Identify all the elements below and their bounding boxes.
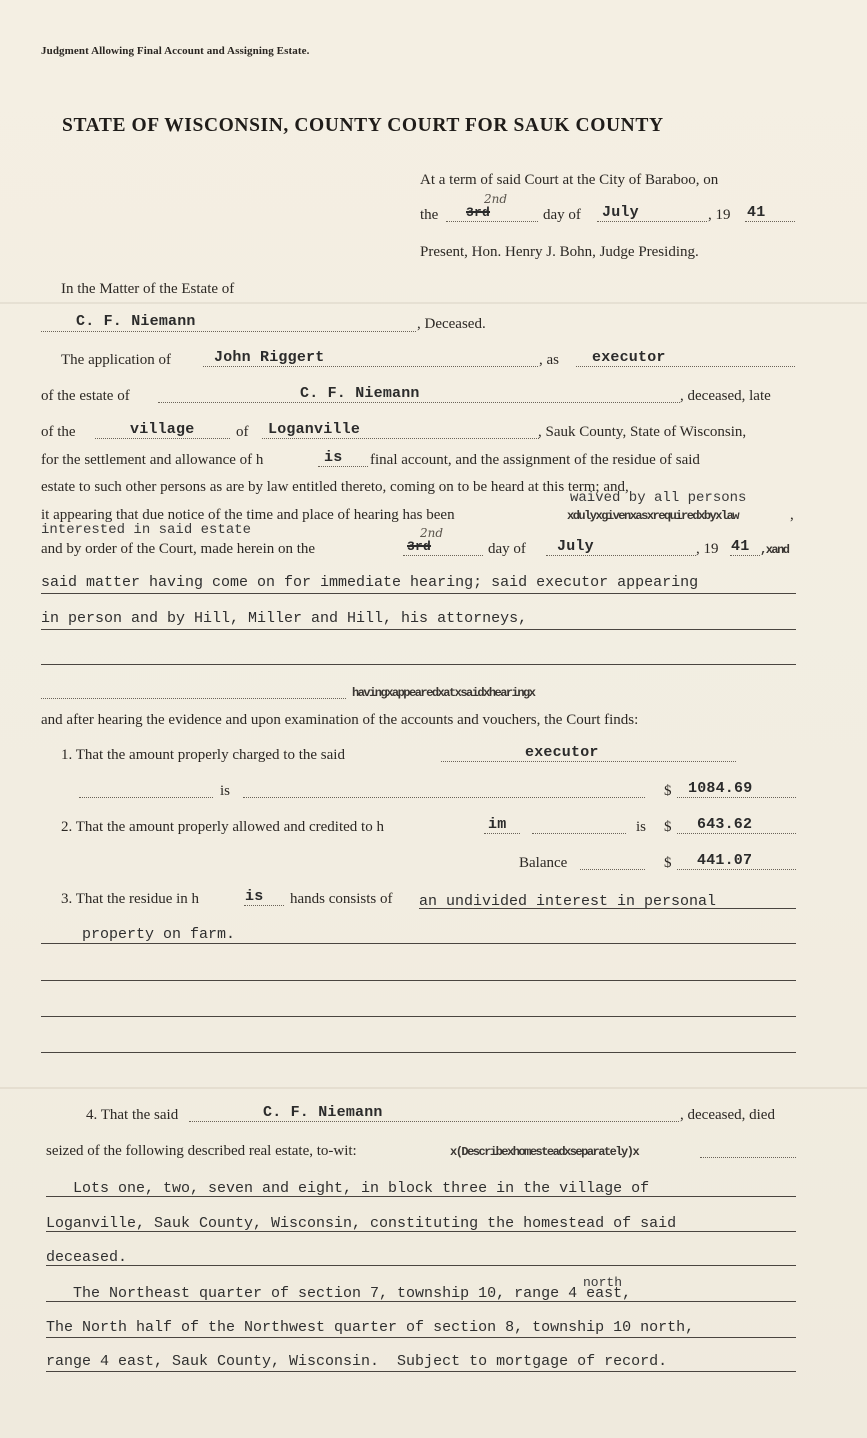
paper-fold — [0, 1087, 867, 1089]
estate-of-label: of the estate of — [41, 388, 130, 405]
real-estate-line-5: The North half of the Northwest quarter … — [46, 1319, 694, 1336]
county-state: , Sauk County, State of Wisconsin, — [538, 424, 746, 441]
application-label: The application of — [61, 352, 171, 369]
finding-3-text-1: an undivided interest in personal — [419, 893, 716, 910]
hearing-line-1: said matter having come on for immediate… — [41, 574, 698, 591]
finding-1-dollar: $ — [664, 783, 672, 800]
of-label: of — [236, 424, 249, 441]
finding-1-amount: 1084.69 — [688, 780, 752, 797]
hearing-line-1-rule — [41, 593, 796, 594]
order-month: July — [557, 538, 594, 555]
finding-2-is: is — [636, 819, 646, 836]
finding-1-left-field-line — [79, 797, 213, 798]
finding-1-amount-field-line — [677, 797, 796, 798]
hearing-line-2: in person and by Hill, Miller and Hill, … — [41, 610, 527, 627]
estate-name-field-line — [158, 402, 680, 403]
order-struck-tail: ,xand — [760, 543, 789, 557]
finding-3-rule-5 — [41, 1052, 796, 1053]
deceased-late-label: , deceased, late — [680, 388, 771, 405]
notice-waived-insert: waived by all persons — [570, 490, 746, 506]
real-estate-rule-5 — [46, 1337, 796, 1338]
municipality-type: village — [130, 421, 194, 438]
finding-2-amount-field-line — [677, 833, 796, 834]
term-month-field-line — [597, 221, 707, 222]
real-estate-rule-3 — [46, 1265, 796, 1266]
real-estate-line-3: deceased. — [46, 1249, 127, 1266]
balance-dollar: $ — [664, 855, 672, 872]
term-day-field-line — [446, 221, 538, 222]
term-day-struck: 3rd — [466, 205, 490, 220]
finding-3-pronoun-field-line — [244, 905, 284, 906]
appeared-struck-text: havingxappearedxatxsaidxhearingx — [352, 686, 534, 700]
real-estate-line-4: The Northeast quarter of section 7, town… — [46, 1285, 631, 1302]
finding-1-label: 1. That the amount properly charged to t… — [61, 747, 345, 764]
real-estate-line-1: Lots one, two, seven and eight, in block… — [46, 1180, 649, 1197]
order-day-field-line — [403, 555, 483, 556]
balance-dots — [580, 869, 645, 870]
finding-1-mid-field-line — [243, 797, 645, 798]
finding-1-role: executor — [525, 744, 599, 761]
finding-4-name: C. F. Niemann — [263, 1104, 383, 1121]
balance-amount: 441.07 — [697, 852, 752, 869]
order-day-struck: 3rd — [407, 539, 431, 554]
finding-4-suffix: , deceased, died — [680, 1107, 775, 1124]
finding-2-dollar: $ — [664, 819, 672, 836]
deceased-name-field-line — [41, 331, 416, 332]
interested-in-estate: interested in said estate — [41, 522, 251, 538]
finding-2-pronoun: im — [488, 816, 506, 833]
of-the-label: of the — [41, 424, 76, 441]
applicant-role: executor — [592, 349, 666, 366]
seized-field-line — [700, 1157, 796, 1158]
finding-3-rule-2 — [41, 943, 796, 944]
finding-3-pre: 3. That the residue in h — [61, 891, 199, 908]
finding-4-name-field-line — [189, 1121, 679, 1122]
finding-2-amount: 643.62 — [697, 816, 752, 833]
balance-label: Balance — [519, 855, 567, 872]
finding-2-pronoun-field-line — [484, 833, 520, 834]
real-estate-line-6: range 4 east, Sauk County, Wisconsin. Su… — [46, 1353, 667, 1370]
finding-1-role-field-line — [441, 761, 736, 762]
deceased-suffix: , Deceased. — [417, 316, 486, 333]
applicant-name: John Riggert — [214, 349, 324, 366]
term-line: At a term of said Court at the City of B… — [420, 172, 718, 189]
order-day-of: day of — [488, 541, 526, 558]
order-year: 41 — [731, 538, 749, 555]
finding-4-label: 4. That the said — [86, 1107, 178, 1124]
term-the-label: the — [420, 207, 438, 224]
hearing-line-2-rule — [41, 629, 796, 630]
after-hearing-line: and after hearing the evidence and upon … — [41, 712, 638, 729]
seized-label: seized of the following described real e… — [46, 1143, 357, 1160]
form-header: Judgment Allowing Final Account and Assi… — [41, 45, 309, 57]
order-pre: and by order of the Court, made herein o… — [41, 541, 315, 558]
finding-3-rule-4 — [41, 1016, 796, 1017]
deceased-name: C. F. Niemann — [76, 313, 196, 330]
real-estate-line-2: Loganville, Sauk County, Wisconsin, cons… — [46, 1215, 676, 1232]
estate-name: C. F. Niemann — [300, 385, 420, 402]
appeared-field-line — [41, 698, 346, 699]
municipality-field-line — [262, 438, 539, 439]
finding-3-text-2: property on farm. — [82, 926, 235, 943]
term-year-prefix: , 19 — [708, 207, 731, 224]
estate-entitled-line: estate to such other persons as are by l… — [41, 479, 629, 496]
balance-amount-field-line — [677, 869, 796, 870]
blank-rule — [41, 664, 796, 665]
role-field-line — [576, 366, 795, 367]
settlement-post: final account, and the assignment of the… — [370, 452, 700, 469]
real-estate-rule-6 — [46, 1371, 796, 1372]
seized-struck-text: x(Describexhomesteadxseparately)x — [450, 1145, 638, 1159]
pronoun-suffix: is — [324, 449, 342, 466]
finding-3-mid: hands consists of — [290, 891, 393, 908]
municipality-type-field-line — [95, 438, 230, 439]
matter-label: In the Matter of the Estate of — [61, 281, 234, 298]
order-year-field-line — [730, 555, 760, 556]
finding-2-label: 2. That the amount properly allowed and … — [61, 819, 384, 836]
order-month-field-line — [546, 555, 696, 556]
notice-comma: , — [790, 507, 794, 524]
finding-1-is: is — [220, 783, 230, 800]
term-day-of-label: day of — [543, 207, 581, 224]
as-label: , as — [539, 352, 559, 369]
pronoun-field-line — [318, 466, 368, 467]
finding-3-rule-3 — [41, 980, 796, 981]
finding-2-mid-field-line — [532, 833, 626, 834]
term-year: 41 — [747, 204, 765, 221]
finding-3-pronoun: is — [245, 888, 263, 905]
term-day-handwritten: 2nd — [484, 192, 507, 206]
notice-struck-text: xdulyxgivenxasxrequiredxbyxlaw — [567, 509, 738, 523]
present-judge-line: Present, Hon. Henry J. Bohn, Judge Presi… — [420, 244, 699, 261]
term-year-field-line — [745, 221, 795, 222]
court-document-page: Judgment Allowing Final Account and Assi… — [0, 0, 867, 1438]
paper-fold — [0, 302, 867, 304]
settlement-pre: for the settlement and allowance of h — [41, 452, 263, 469]
court-title: STATE OF WISCONSIN, COUNTY COURT FOR SAU… — [62, 115, 664, 137]
order-year-prefix: , 19 — [696, 541, 719, 558]
municipality-name: Loganville — [268, 421, 360, 438]
order-day-handwritten: 2nd — [420, 526, 443, 540]
term-month: July — [602, 204, 639, 221]
applicant-field-line — [203, 366, 538, 367]
